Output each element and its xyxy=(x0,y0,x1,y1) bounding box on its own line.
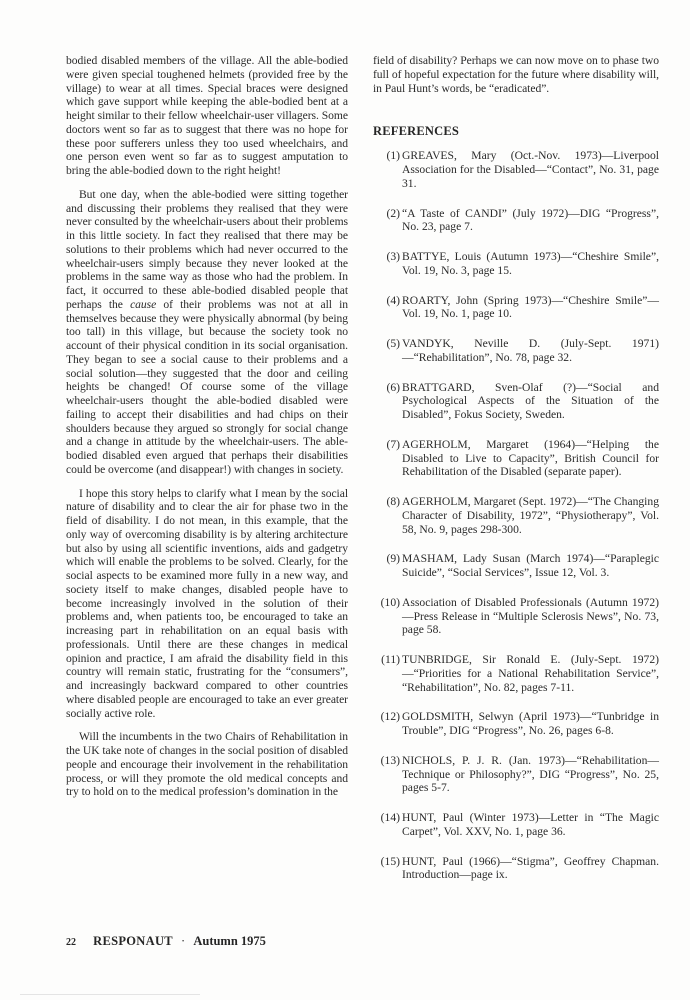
reference-text: AGERHOLM, Margaret (Sept. 1972)—“The Cha… xyxy=(402,495,659,536)
reference-item: (4)ROARTY, John (Spring 1973)—“Cheshire … xyxy=(373,294,659,322)
references-list: (1)GREAVES, Mary (Oct.-Nov. 1973)—Liver­… xyxy=(373,149,659,882)
reference-text: HUNT, Paul (Winter 1973)—Letter in “The … xyxy=(402,811,659,838)
reference-item: (2)“A Taste of CANDI” (July 1972)—DIG “P… xyxy=(373,207,659,235)
reference-number: (3) xyxy=(379,250,400,264)
reference-text: BRATTGARD, Sven-Olaf (?)—“Social and Psy… xyxy=(402,381,659,422)
reference-number: (12) xyxy=(373,710,400,724)
body-paragraph-1: bodied disabled members of the village. … xyxy=(66,54,348,178)
reference-text: AGERHOLM, Margaret (1964)—“Helping the D… xyxy=(402,438,659,479)
footer-separator: · xyxy=(181,934,185,948)
reference-text: ROARTY, John (Spring 1973)—“Cheshire Smi… xyxy=(402,294,659,321)
reference-item: (13)NICHOLS, P. J. R. (Jan. 1973)—“Rehab… xyxy=(373,754,659,795)
reference-item: (5)VANDYK, Neville D. (July-Sept. 1971)—… xyxy=(373,337,659,365)
reference-text: VANDYK, Neville D. (July-Sept. 1971)—“Re… xyxy=(402,337,659,364)
reference-text: GOLDSMITH, Selwyn (April 1973)—“Tun­brid… xyxy=(402,710,659,737)
reference-text: BATTYE, Louis (Autumn 1973)—“Cheshire Sm… xyxy=(402,250,659,277)
right-column: field of disability? Perhaps we can now … xyxy=(373,54,659,898)
reference-number: (9) xyxy=(379,552,400,566)
reference-item: (14)HUNT, Paul (Winter 1973)—Letter in “… xyxy=(373,811,659,839)
reference-text: NICHOLS, P. J. R. (Jan. 1973)—“Rehabilit… xyxy=(402,754,659,795)
reference-text: MASHAM, Lady Susan (March 1974)—“Paraple… xyxy=(402,552,659,579)
document-page: bodied disabled members of the village. … xyxy=(0,0,690,1000)
magazine-title: RESPONAUT xyxy=(93,934,173,948)
reference-item: (15)HUNT, Paul (1966)—“Stigma”, Geoffrey… xyxy=(373,855,659,883)
reference-number: (5) xyxy=(379,337,400,351)
reference-item: (8)AGERHOLM, Margaret (Sept. 1972)—“The … xyxy=(373,495,659,536)
reference-item: (11)TUNBRIDGE, Sir Ronald E. (July-Sept.… xyxy=(373,653,659,694)
continuation-paragraph: field of disability? Perhaps we can now … xyxy=(373,54,659,95)
page-footer: 22 RESPONAUT · Autumn 1975 xyxy=(66,934,266,949)
issue-date: Autumn 1975 xyxy=(193,934,266,948)
reference-text: GREAVES, Mary (Oct.-Nov. 1973)—Liver­poo… xyxy=(402,149,659,190)
reference-text: Association of Disabled Professionals (A… xyxy=(402,596,659,637)
body-paragraph-3: I hope this story helps to clarify what … xyxy=(66,487,348,721)
reference-text: “A Taste of CANDI” (July 1972)—DIG “Prog… xyxy=(402,207,659,234)
reference-number: (1) xyxy=(379,149,400,163)
reference-item: (10)Association of Disabled Professional… xyxy=(373,596,659,637)
reference-number: (14) xyxy=(373,811,400,825)
reference-text: HUNT, Paul (1966)—“Stigma”, Geoffrey Cha… xyxy=(402,855,659,882)
reference-number: (6) xyxy=(379,381,400,395)
reference-number: (15) xyxy=(373,855,400,869)
page-number: 22 xyxy=(66,937,76,948)
reference-item: (3)BATTYE, Louis (Autumn 1973)—“Cheshire… xyxy=(373,250,659,278)
reference-number: (10) xyxy=(373,596,400,610)
paragraph-2-end: of their problems was not at all in them… xyxy=(66,298,348,476)
reference-number: (13) xyxy=(373,754,400,768)
paragraph-2-start: But one day, when the able-bodied were s… xyxy=(66,188,348,311)
scan-artifact-line xyxy=(20,994,200,995)
left-column: bodied disabled members of the village. … xyxy=(66,54,348,799)
references-heading: REFERENCES xyxy=(373,124,659,139)
body-paragraph-4: Will the incumbents in the two Chairs of… xyxy=(66,730,348,799)
reference-number: (11) xyxy=(373,653,400,667)
reference-number: (7) xyxy=(379,438,400,452)
emphasis-cause: cause xyxy=(130,298,156,311)
reference-item: (7)AGERHOLM, Margaret (1964)—“Helping th… xyxy=(373,438,659,479)
reference-item: (9)MASHAM, Lady Susan (March 1974)—“Para… xyxy=(373,552,659,580)
reference-number: (8) xyxy=(379,495,400,509)
reference-item: (12)GOLDSMITH, Selwyn (April 1973)—“Tun­… xyxy=(373,710,659,738)
reference-text: TUNBRIDGE, Sir Ronald E. (July-Sept. 197… xyxy=(402,653,659,694)
body-paragraph-2: But one day, when the able-bodied were s… xyxy=(66,188,348,477)
reference-number: (2) xyxy=(379,207,400,221)
reference-item: (1)GREAVES, Mary (Oct.-Nov. 1973)—Liver­… xyxy=(373,149,659,190)
reference-item: (6)BRATTGARD, Sven-Olaf (?)—“Social and … xyxy=(373,381,659,422)
reference-number: (4) xyxy=(379,294,400,308)
